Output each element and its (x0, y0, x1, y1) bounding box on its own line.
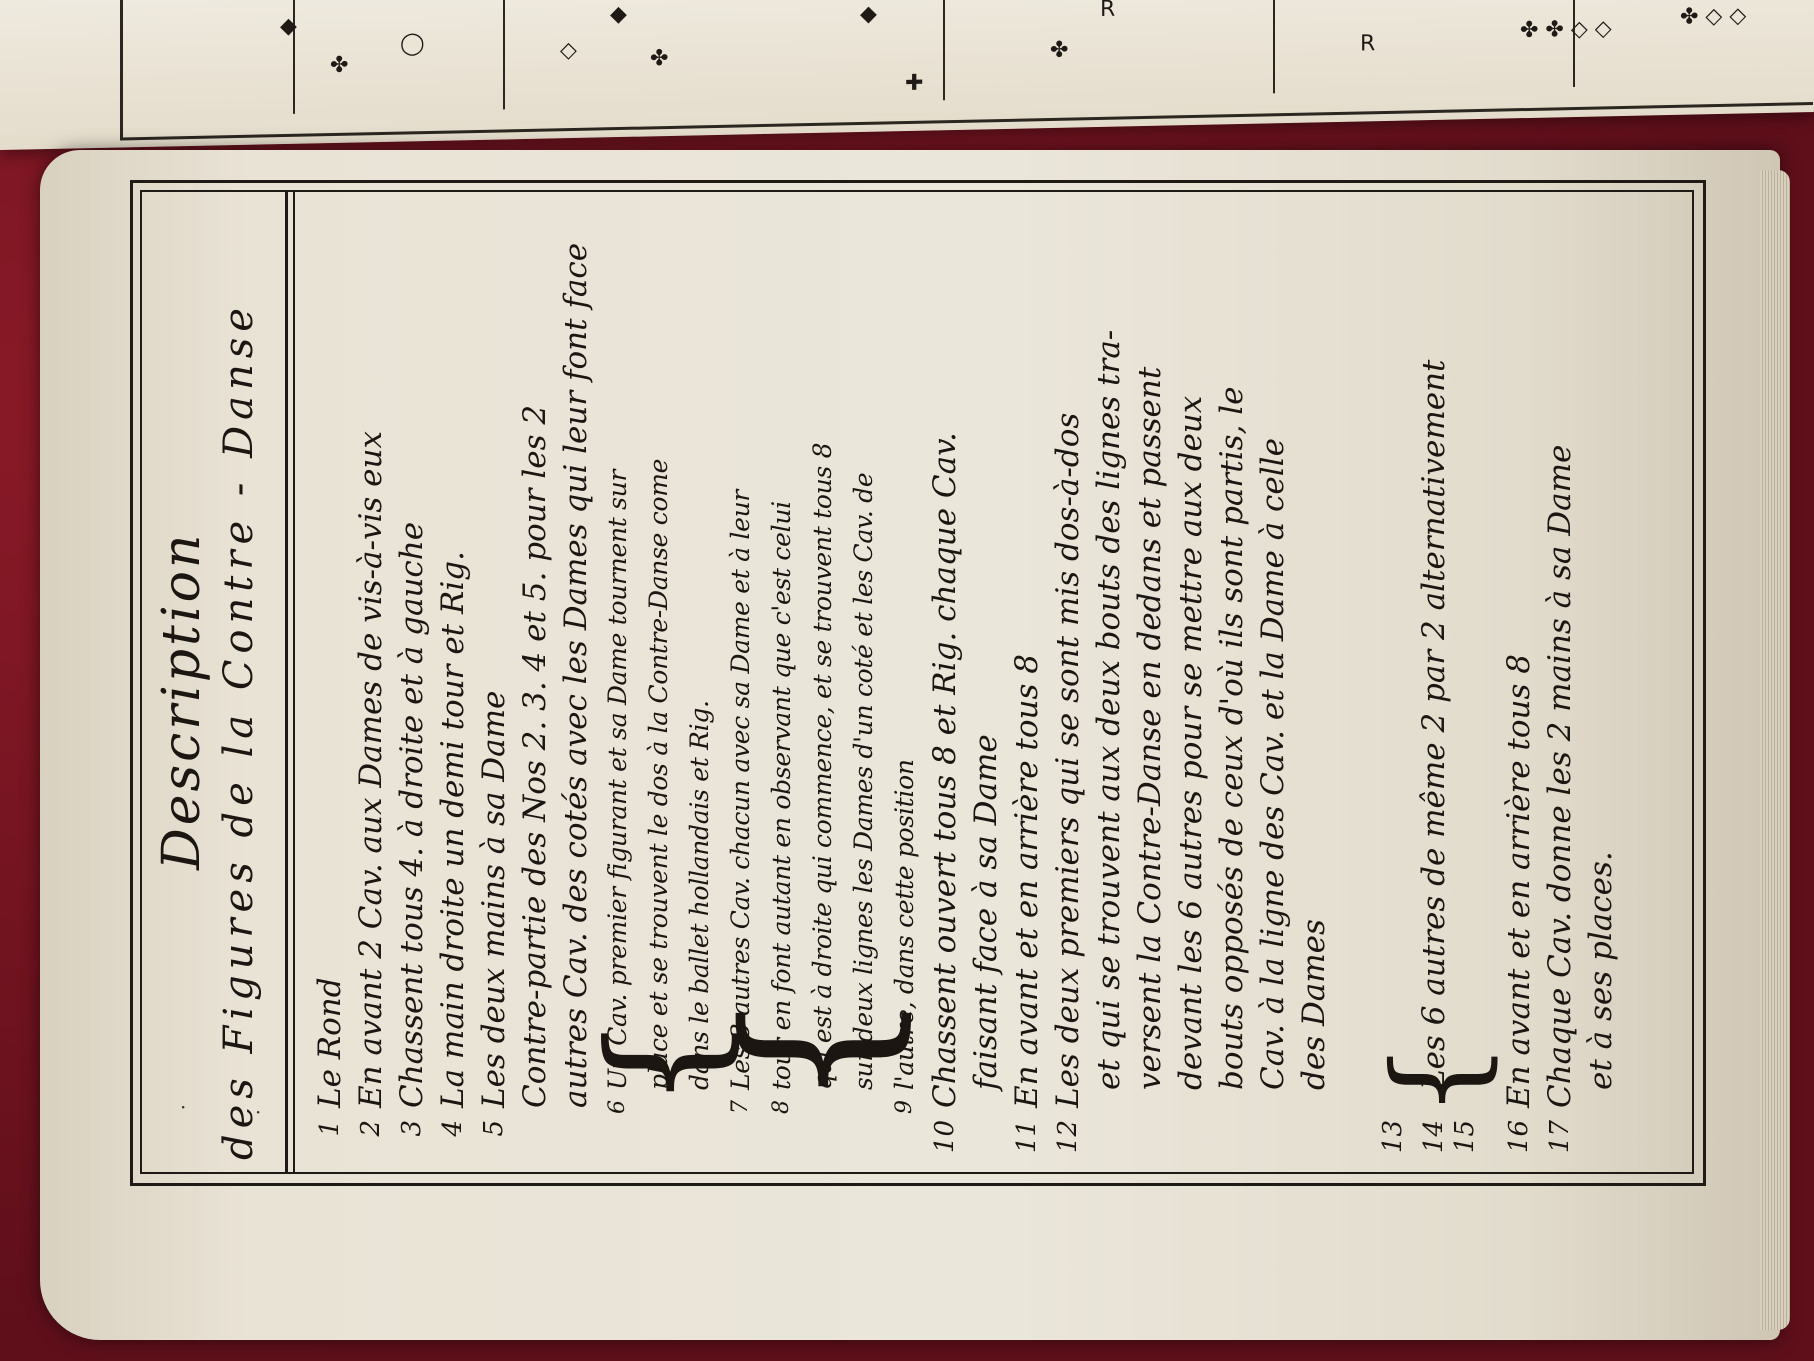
list-item: 14Les 6 autres de même 2 par 2 alternati… (1414, 200, 1455, 1160)
entry-text: Un Cav. premier figurant et sa Dame tour… (597, 470, 638, 1090)
entry-text: et qui se trouvent aux deux bouts des li… (1089, 330, 1130, 1090)
page-edges (1760, 170, 1790, 1330)
entry-text: l'autre, dans cette position (884, 759, 925, 1090)
dancer-diamond-icon: ◆ (860, 2, 877, 27)
entry-text: et à ses places. (1581, 851, 1622, 1090)
entry-text: La main droite un demi tour et Rig. (433, 551, 474, 1108)
list-item: 8tour en font autant en observant que c'… (761, 200, 802, 1160)
list-item: 11En avant et en arrière tous 8 (1007, 200, 1048, 1160)
entry-number: 1 (310, 1120, 351, 1160)
letter-mark: R (1360, 31, 1375, 56)
dancer-circle-icon: ◯ (400, 31, 425, 57)
letter-mark: R (1100, 0, 1115, 22)
entry-text: Les 6 autres de même 2 par 2 alternative… (1414, 360, 1455, 1091)
entry-number: 6 (597, 1100, 638, 1160)
list-item: et à ses places. (1581, 200, 1622, 1160)
entry-number: 13 (1373, 1120, 1414, 1160)
page-title: Description (152, 532, 212, 870)
entry-number: 9 (884, 1100, 925, 1160)
entry-number: 14 (1414, 1120, 1455, 1160)
entry-number: 4 (433, 1120, 474, 1160)
bracketed-group-6: { 6Un Cav. premier figurant et sa Dame t… (597, 200, 720, 1160)
entry-text: qui est à droite qui commence, et se tro… (802, 443, 843, 1090)
entry-number: 5 (474, 1120, 515, 1160)
list-item: 4La main droite un demi tour et Rig. (433, 200, 474, 1160)
list-item: 13 (1373, 200, 1414, 1160)
figure-list: 1Le Rond 2En avant 2 Cav. aux Dames de v… (310, 200, 1622, 1160)
list-item: 2En avant 2 Cav. aux Dames de vis-à-vis … (351, 200, 392, 1160)
entry-text: Le Rond (310, 977, 351, 1108)
title-block: Description des Figures de la Contre - D… (160, 200, 290, 1160)
spacer (1481, 200, 1499, 1160)
list-item: 7Les 3 autres Cav. chacun avec sa Dame e… (720, 200, 761, 1160)
entry-text: En avant et en arrière tous 8 (1499, 654, 1540, 1108)
list-item: 15 (1455, 200, 1481, 1160)
entry-text: versent la Contre-Danse en dedans et pas… (1130, 367, 1171, 1090)
entry-number: 3 (392, 1120, 433, 1160)
list-item: des Dames (1294, 200, 1335, 1160)
entry-number: 7 (720, 1100, 761, 1160)
list-item: 17Chaque Cav. donne les 2 mains à sa Dam… (1540, 200, 1581, 1160)
spacer (1335, 200, 1373, 1160)
dancer-diamond-icon: ◇ (560, 38, 577, 63)
entry-number: 12 (1048, 1120, 1089, 1160)
entry-text: Chassent ouvert tous 8 et Rig. chaque Ca… (925, 432, 966, 1108)
list-item: place et se trouvent le dos à la Contre-… (638, 200, 679, 1160)
list-item: 3Chassent tous 4. à droite et à gauche (392, 200, 433, 1160)
list-item: Cav. à la ligne des Cav. et la Dame à ce… (1253, 200, 1294, 1160)
entry-number: 10 (925, 1120, 966, 1160)
facing-cell (123, 0, 295, 117)
entry-text: Les deux premiers qui se sont mis dos-à-… (1048, 413, 1089, 1108)
facing-cell (1273, 0, 1575, 93)
margin-tick-mark: · (255, 1100, 261, 1124)
list-item: 10Chassent ouvert tous 8 et Rig. chaque … (925, 200, 966, 1160)
list-item: 1Le Rond (310, 200, 351, 1160)
entry-text: Les deux mains à sa Dame (474, 691, 515, 1108)
entry-text: tour en font autant en observant que c'e… (761, 501, 802, 1090)
list-item: bouts opposés de ceux d'où ils sont part… (1212, 200, 1253, 1160)
entry-text: des Dames (1294, 919, 1335, 1090)
entry-text: Les 3 autres Cav. chacun avec sa Dame et… (720, 490, 761, 1090)
entry-text: faisant face à sa Dame (966, 734, 1007, 1090)
list-item: Contre-partie des Nos 2. 3. 4 et 5. pour… (515, 200, 556, 1160)
bracketed-group-7-9: { 7Les 3 autres Cav. chacun avec sa Dame… (720, 200, 925, 1160)
entry-number: 17 (1540, 1120, 1581, 1160)
entry-text: Cav. à la ligne des Cav. et la Dame à ce… (1253, 438, 1294, 1090)
entry-text: Chassent tous 4. à droite et à gauche (392, 522, 433, 1108)
dancer-diamond-icon: ◆ (610, 2, 627, 27)
list-item: 12Les deux premiers qui se sont mis dos-… (1048, 200, 1089, 1160)
dancer-club-icon: ✚ (905, 71, 923, 96)
dancer-club-icon: ✤ (650, 46, 668, 71)
list-item: 5Les deux mains à sa Dame (474, 200, 515, 1160)
entry-number: 11 (1007, 1120, 1048, 1160)
list-item: 9l'autre, dans cette position (884, 200, 925, 1160)
entry-text: devant les 6 autres pour se mettre aux d… (1171, 396, 1212, 1090)
book-page: Description des Figures de la Contre - D… (40, 150, 1780, 1340)
entry-number: 15 (1455, 1120, 1475, 1160)
entry-number: 8 (761, 1100, 802, 1160)
list-item: qui est à droite qui commence, et se tro… (802, 200, 843, 1160)
entry-text: En avant 2 Cav. aux Dames de vis-à-vis e… (351, 431, 392, 1108)
dancer-club-icon: ✤ (1050, 38, 1068, 63)
page-subtitle: des Figures de la Contre - Danse (216, 200, 262, 1160)
entry-text: autres Cav. des cotés avec les Dames qui… (556, 243, 597, 1108)
entry-number: 2 (351, 1120, 392, 1160)
entry-text: place et se trouvent le dos à la Contre-… (638, 459, 679, 1090)
entry-text: Chaque Cav. donne les 2 mains à sa Dame (1540, 445, 1581, 1108)
dancer-club-icon: ✤ (330, 53, 348, 78)
entry-text: bouts opposés de ceux d'où ils sont part… (1212, 387, 1253, 1090)
dancer-diamond-icon: ◆ (280, 14, 297, 39)
list-item: devant les 6 autres pour se mettre aux d… (1171, 200, 1212, 1160)
margin-tick-mark: · (180, 1095, 186, 1119)
entry-text: En avant et en arrière tous 8 (1007, 654, 1048, 1108)
list-item: faisant face à sa Dame (966, 200, 1007, 1160)
rotated-text-block: Description des Figures de la Contre - D… (160, 200, 1660, 1160)
list-item: 16En avant et en arrière tous 8 (1499, 200, 1540, 1160)
bracketed-group-13-15: { 13 14Les 6 autres de même 2 par 2 alte… (1373, 200, 1481, 1160)
entry-number: 16 (1499, 1120, 1540, 1160)
dancer-club-icon: ✤ ✤ ◇ ◇ (1520, 16, 1612, 43)
list-item: 6Un Cav. premier figurant et sa Dame tou… (597, 200, 638, 1160)
list-item: versent la Contre-Danse en dedans et pas… (1130, 200, 1171, 1160)
facing-cell (293, 0, 505, 114)
dancer-row-icon: ✤ ◇ ◇ (1680, 3, 1746, 29)
entry-text: Contre-partie des Nos 2. 3. 4 et 5. pour… (515, 405, 556, 1108)
entry-text: sur deux lignes les Dames d'un coté et l… (843, 473, 884, 1090)
list-item: et qui se trouvent aux deux bouts des li… (1089, 200, 1130, 1160)
list-item: sur deux lignes les Dames d'un coté et l… (843, 200, 884, 1160)
